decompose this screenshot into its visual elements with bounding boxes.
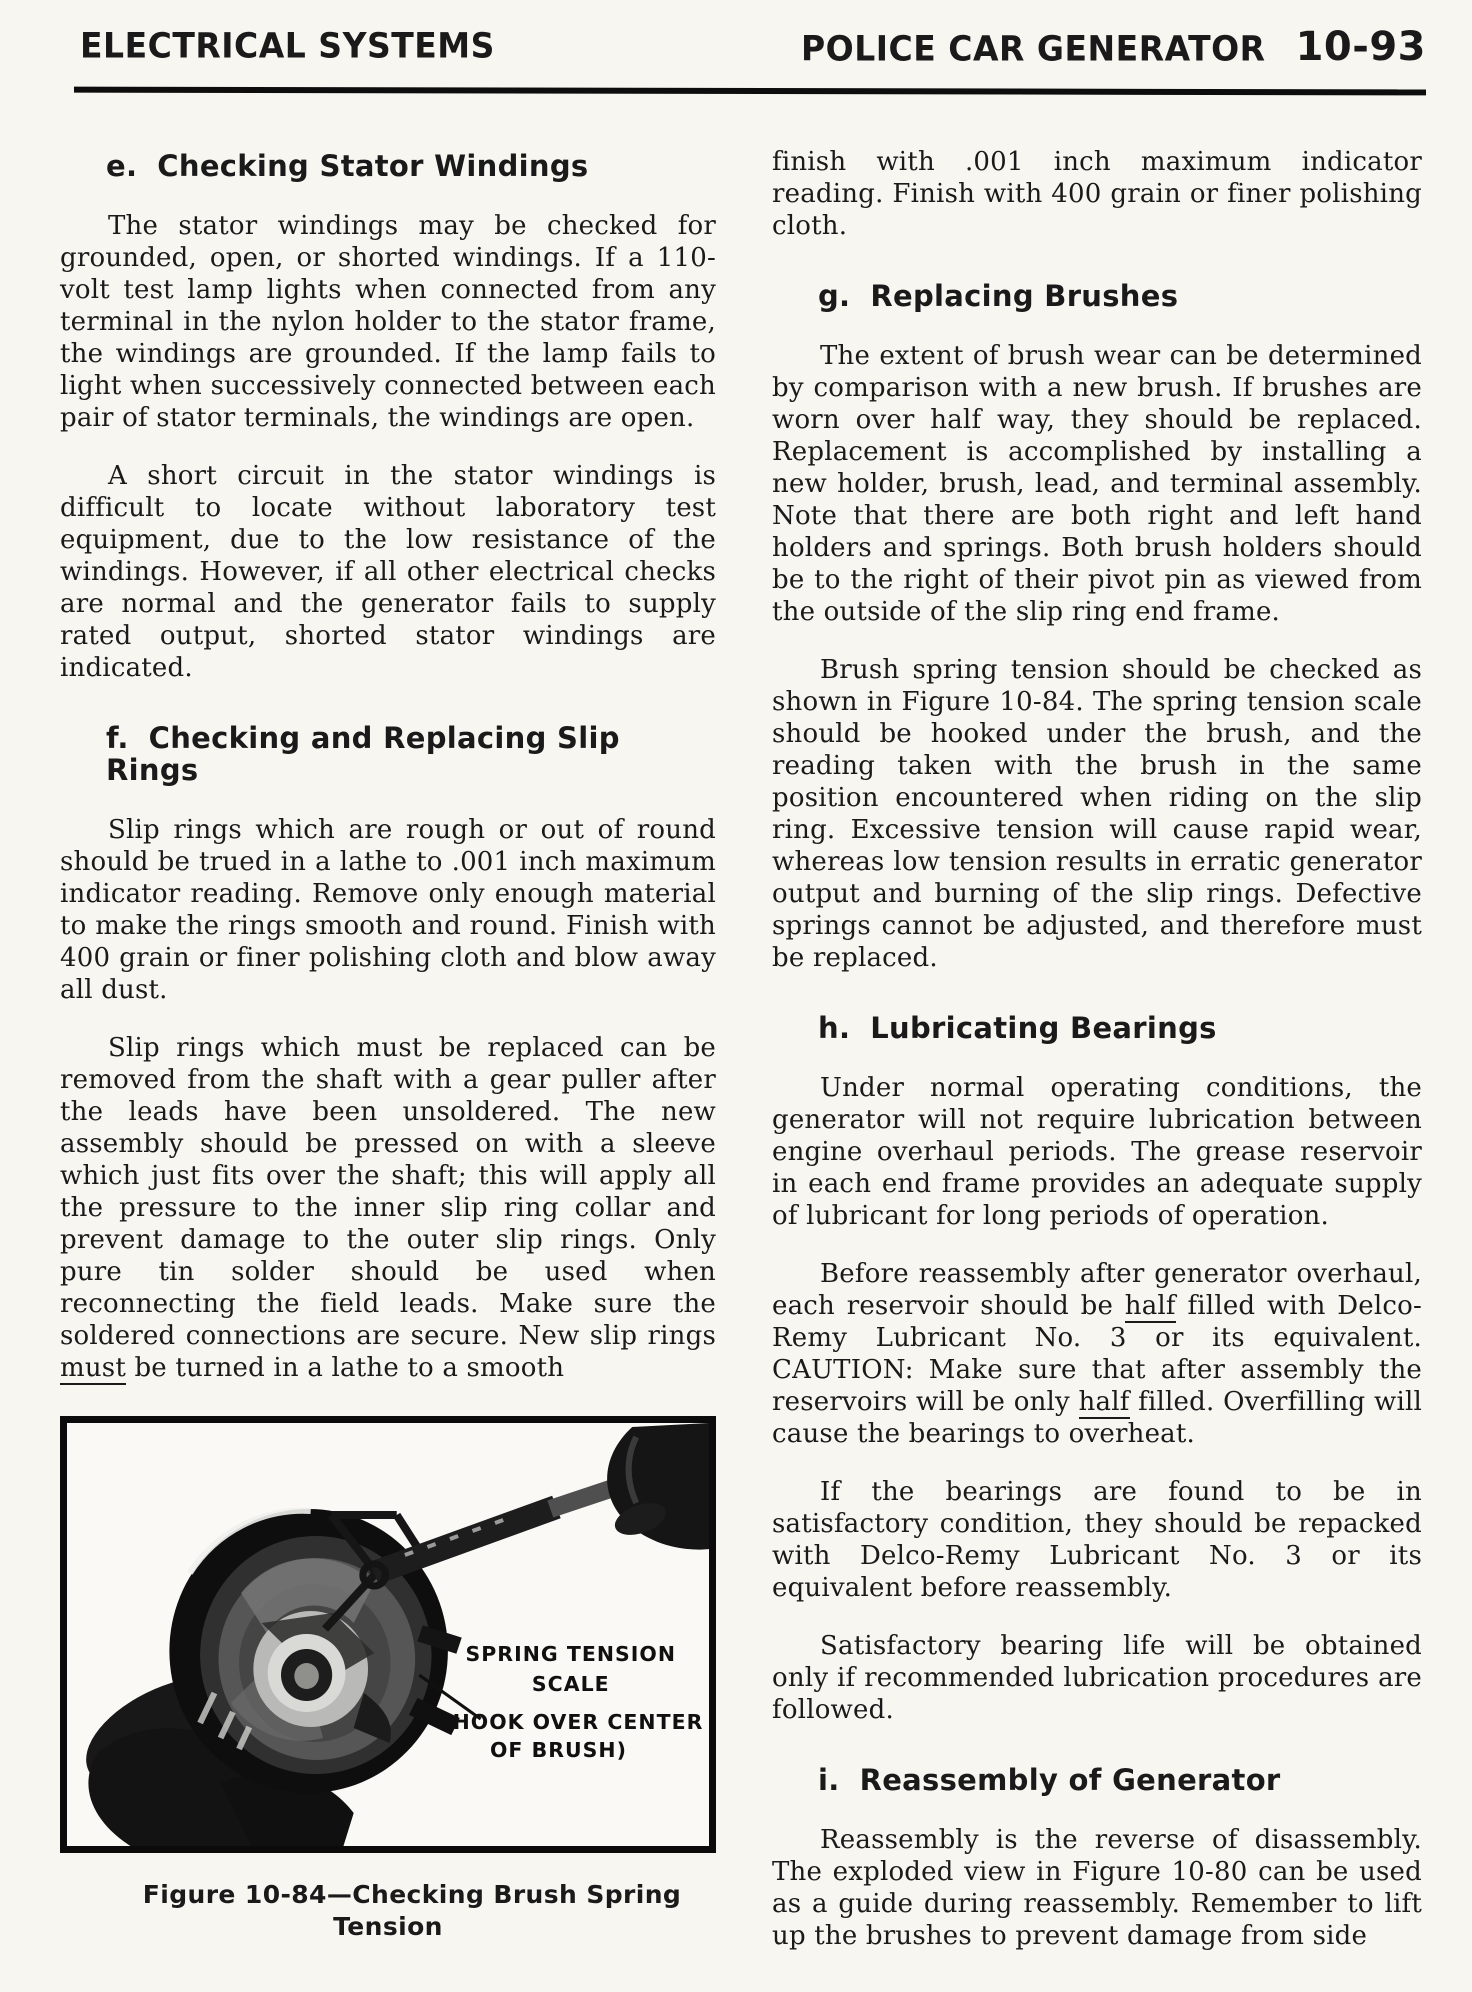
section-heading-h: h.Lubricating Bearings [772, 1012, 1422, 1044]
figure-label-scale: SCALE [532, 1672, 610, 1696]
paragraph-i1: Reassembly is the reverse of disassembly… [772, 1824, 1422, 1952]
section-title-i: Reassembly of Generator [860, 1763, 1281, 1797]
emphasis-half-1: half [1125, 1291, 1176, 1323]
section-label-g: g. [818, 279, 850, 313]
section-heading-g: g.Replacing Brushes [772, 280, 1422, 312]
emphasis-must: must [60, 1353, 126, 1385]
figure-label-hook-line1: (HOOK OVER CENTER [442, 1710, 703, 1734]
paragraph-g2: Brush spring tension should be checked a… [772, 654, 1422, 974]
section-label-i: i. [818, 1763, 840, 1797]
paragraph-f1: Slip rings which are rough or out of rou… [60, 814, 716, 1006]
running-head-right: POLICE CAR GENERATOR 10-93 [801, 24, 1426, 70]
section-title-e: Checking Stator Windings [157, 149, 588, 183]
section-label-f: f. [106, 721, 129, 755]
paragraph-h3: If the bearings are found to be in satis… [772, 1476, 1422, 1604]
section-title-g: Replacing Brushes [870, 279, 1178, 313]
hand-silhouette [607, 1423, 709, 1550]
section-label-e: e. [106, 149, 137, 183]
paragraph-f2-text: Slip rings which must be replaced can be… [60, 1033, 716, 1351]
paragraph-g1: The extent of brush wear can be determin… [772, 340, 1422, 628]
generator-photo-illustration: SPRING TENSION SCALE (HOOK OVER CENTER O… [67, 1423, 709, 1846]
figure-10-84: SPRING TENSION SCALE (HOOK OVER CENTER O… [60, 1416, 716, 1853]
left-column: e.Checking Stator Windings The stator wi… [60, 146, 716, 1943]
header-rule [74, 87, 1426, 96]
section-title-h: Lubricating Bearings [870, 1011, 1216, 1045]
emphasis-half-2: half [1079, 1387, 1130, 1419]
figure-caption: Figure 10-84—Checking Brush Spring Tensi… [60, 1879, 716, 1943]
section-heading-i: i.Reassembly of Generator [772, 1764, 1422, 1796]
right-column: finish with .001 inch maximum indicator … [772, 146, 1422, 1952]
manual-page: ELECTRICAL SYSTEMS POLICE CAR GENERATOR … [0, 0, 1472, 1992]
paragraph-e1: The stator windings may be checked for g… [60, 210, 716, 434]
section-title-f: Checking and Replacing Slip Rings [106, 721, 620, 787]
paragraph-e2: A short circuit in the stator windings i… [60, 460, 716, 684]
paragraph-continued: finish with .001 inch maximum indicator … [772, 146, 1422, 242]
running-head-left: ELECTRICAL SYSTEMS [80, 25, 495, 66]
figure-label-hook-line2: OF BRUSH) [490, 1738, 627, 1762]
paragraph-h4: Satisfactory bearing life will be obtain… [772, 1630, 1422, 1726]
section-heading-e: e.Checking Stator Windings [60, 150, 716, 182]
paragraph-f2: Slip rings which must be replaced can be… [60, 1032, 716, 1384]
running-head-right-title: POLICE CAR GENERATOR [801, 28, 1266, 69]
figure-label-spring-tension: SPRING TENSION [466, 1642, 677, 1666]
paragraph-h1: Under normal operating conditions, the g… [772, 1072, 1422, 1232]
page-number: 10-93 [1296, 24, 1426, 70]
paragraph-f2-text-end: be turned in a lathe to a smooth [126, 1353, 564, 1383]
section-label-h: h. [818, 1011, 850, 1045]
paragraph-h2: Before reassembly after generator overha… [772, 1258, 1422, 1450]
section-heading-f: f.Checking and Replacing Slip Rings [60, 722, 716, 786]
